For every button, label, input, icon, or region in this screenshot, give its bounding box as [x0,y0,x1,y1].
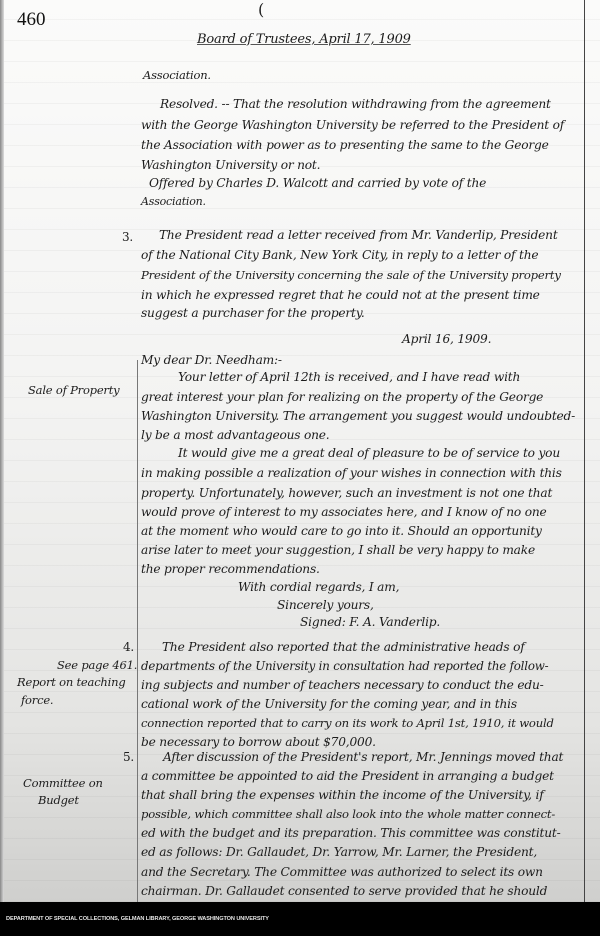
text-line: Resolved. -- That the resolution withdra… [160,97,551,111]
text-line: great interest your plan for realizing o… [141,390,543,404]
text-line: and the Secretary. The Committee was aut… [141,865,543,879]
ledger-page: ( 460 Board of Trustees, April 17, 1909 … [0,0,600,902]
text-line: It would give me a great deal of pleasur… [178,446,560,460]
letter-closing: With cordial regards, I am, [238,580,399,594]
page-edge [0,0,4,902]
text-line: Washington University. The arrangement y… [141,409,575,423]
text-line: the proper recommendations. [141,562,320,576]
text-line: President of the University concerning t… [141,268,561,282]
text-line: property. Unfortunately, however, such a… [141,486,552,500]
text-line: The President read a letter received fro… [159,228,558,242]
item-number: 3. [122,230,133,244]
right-margin-rule [584,0,585,902]
text-line: ly be a most advantageous one. [141,428,329,442]
text-line: arise later to meet your suggestion, I s… [141,543,535,557]
text-line: cational work of the University for the … [141,697,517,711]
text-line: departments of the University in consult… [141,659,548,673]
text-line: chairman. Dr. Gallaudet consented to ser… [141,884,547,898]
letter-signature: Signed: F. A. Vanderlip. [300,615,440,629]
text-line: Your letter of April 12th is received, a… [178,370,520,384]
left-margin-rule [137,360,138,902]
letter-salutation: My dear Dr. Needham:- [141,353,282,367]
text-line: of the National City Bank, New York City… [141,248,538,262]
text-line: The President also reported that the adm… [162,640,525,654]
text-line: the Association with power as to present… [141,138,549,152]
text-line: in making possible a realization of your… [141,466,562,480]
text-line: at the moment who would care to go into … [141,524,542,538]
text-line: Washington University or not. [141,158,320,172]
text-line: that shall bring the expenses within the… [141,788,544,802]
margin-note-line: Budget [38,793,79,807]
text-line: ed as follows: Dr. Gallaudet, Dr. Yarrow… [141,845,537,859]
margin-note-sale-of-property: Sale of Property [28,383,119,397]
item-number: 5. [123,750,134,764]
item-number: 4. [123,640,134,654]
text-line: After discussion of the President's repo… [163,750,563,764]
section-label: Association. [143,68,211,82]
text-line: Association. [141,195,206,208]
text-line: ing subjects and number of teachers nece… [141,678,544,692]
page-number: 460 [17,9,46,31]
margin-note-line: Report on teaching [17,675,126,689]
letter-valediction: Sincerely yours, [277,598,374,612]
page-title: Board of Trustees, April 17, 1909 [197,32,411,47]
text-line: a committee be appointed to aid the Pres… [141,769,554,783]
letter-date: April 16, 1909. [402,332,491,346]
text-line: ed with the budget and its preparation. … [141,826,560,840]
text-line: in which he expressed regret that he cou… [141,288,540,302]
margin-note-line: force. [21,693,53,707]
archive-credit: DEPARTMENT OF SPECIAL COLLECTIONS, GELMA… [6,916,269,922]
text-line: be necessary to borrow about $70,000. [141,735,376,749]
text-line: connection reported that to carry on its… [141,716,554,730]
text-line: would prove of interest to my associates… [141,505,547,519]
margin-note-line: Committee on [23,776,103,790]
text-line: with the George Washington University be… [141,118,564,132]
top-mark: ( [258,0,264,19]
text-line: suggest a purchaser for the property. [141,306,365,320]
text-line: Offered by Charles D. Walcott and carrie… [149,176,486,190]
margin-reference: See page 461. [57,658,137,672]
text-line: possible, which committee shall also loo… [141,807,555,821]
